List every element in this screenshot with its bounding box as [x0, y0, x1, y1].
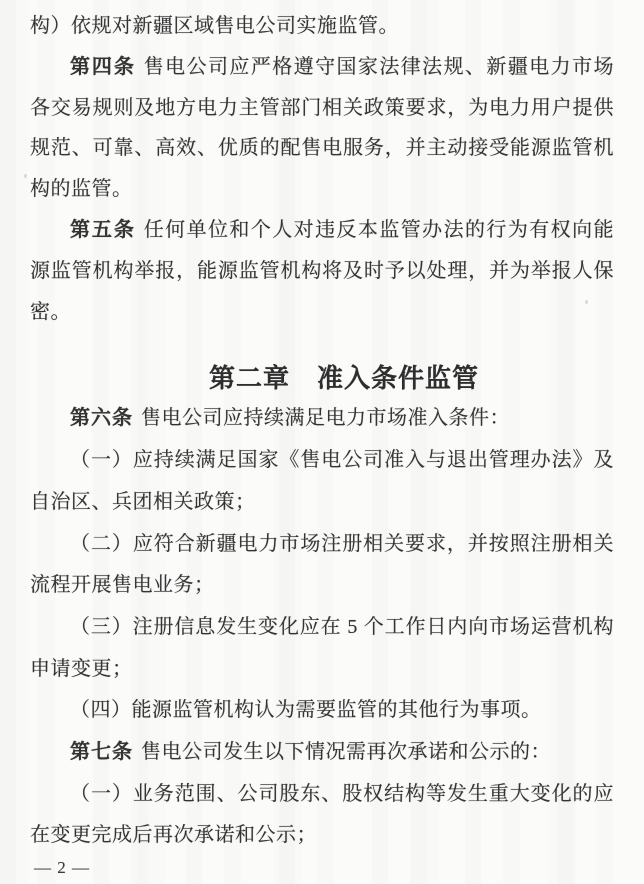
document-page: 构）依规对新疆区域售电公司实施监管。第四条售电公司应严格遵守国家法律法规、新疆电…: [0, 0, 644, 884]
article-number: 第六条: [70, 407, 133, 429]
article-number: 第四条: [70, 56, 136, 78]
text-line: （二）应符合新疆电力市场注册相关要求，并按照注册相关: [30, 531, 614, 557]
text-line: 源监管机构举报，能源监管机构将及时予以处理，并为举报人保: [30, 258, 614, 284]
text-line: 第六条售电公司应持续满足电力市场准入条件：: [30, 405, 614, 431]
text-line: 第四条售电公司应严格遵守国家法律法规、新疆电力市场: [30, 54, 614, 80]
chapter-heading: 第二章 准入条件监管: [52, 362, 636, 394]
text-line: （一）业务范围、公司股东、股权结构等发生重大变化的应: [30, 781, 614, 807]
text-line: （四）能源监管机构认为需要监管的其他行为事项。: [30, 697, 614, 723]
text-line: 各交易规则及地方电力主管部门相关政策要求，为电力用户提供: [30, 95, 614, 121]
text-line: 第五条任何单位和个人对违反本监管办法的行为有权向能: [30, 217, 614, 243]
text-line: 在变更完成后再次承诺和公示；: [30, 822, 614, 848]
text-line: 规范、可靠、高效、优质的配售电服务，并主动接受能源监管机: [30, 135, 614, 161]
scan-speck: [24, 174, 27, 178]
text-line: （一）应持续满足国家《售电公司准入与退出管理办法》及: [30, 447, 614, 473]
text-line: 密。: [30, 299, 614, 325]
article-number: 第七条: [70, 741, 133, 763]
document-text: 构）依规对新疆区域售电公司实施监管。第四条售电公司应严格遵守国家法律法规、新疆电…: [0, 0, 644, 884]
scan-speck: [585, 300, 588, 304]
text-line: 流程开展售电业务；: [30, 572, 614, 598]
text-line: （三）注册信息发生变化应在 5 个工作日内向市场运营机构: [30, 614, 614, 640]
text-line: 自治区、兵团相关政策；: [30, 489, 614, 515]
page-number: — 2 —: [34, 858, 90, 878]
text-line: 申请变更；: [30, 656, 614, 682]
text-line: 第七条售电公司发生以下情况需再次承诺和公示的：: [30, 739, 614, 765]
article-number: 第五条: [70, 219, 136, 241]
text-line: 构）依规对新疆区域售电公司实施监管。: [30, 13, 614, 39]
text-line: 构的监管。: [30, 176, 614, 202]
